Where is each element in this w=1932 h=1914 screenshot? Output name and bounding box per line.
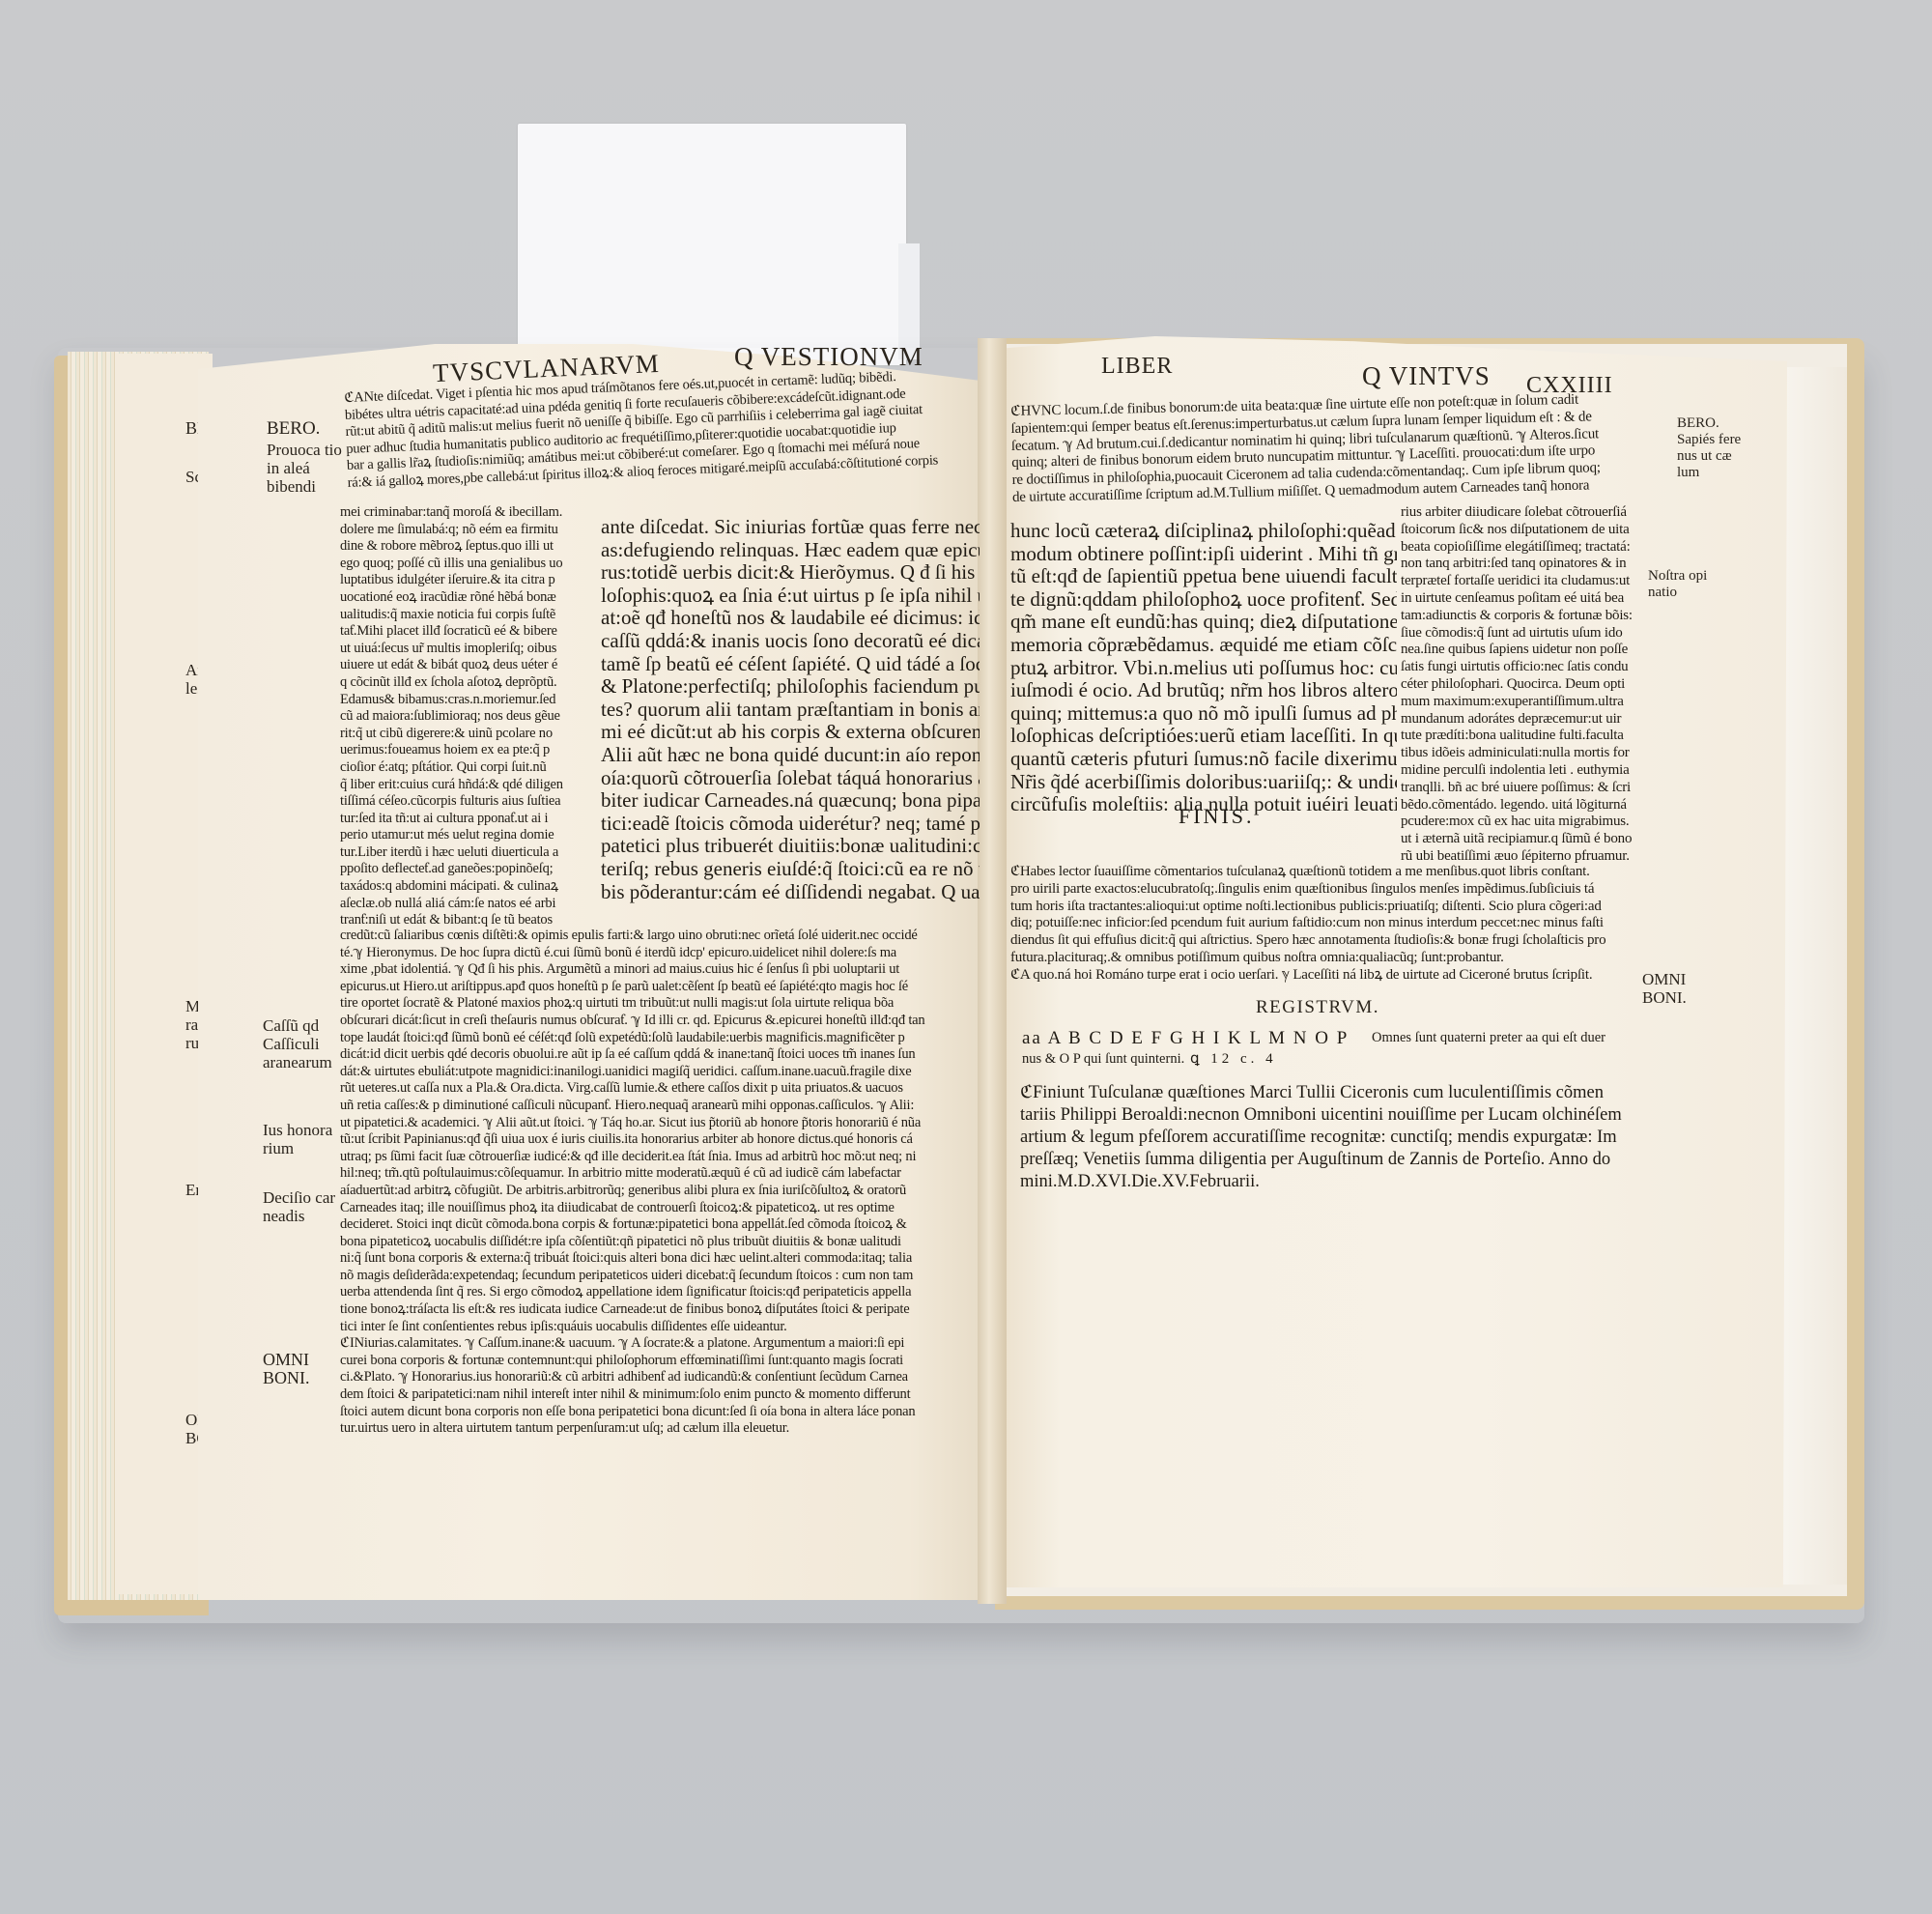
text-line: ℭA quo.ná hoi Románo turpe erat i ocio u… (1010, 967, 1648, 985)
text-line: q cõcinũt illđ ex ſchola aſotoꝝ deprõptũ… (340, 674, 593, 692)
finis-heading: FINIS. (1179, 804, 1255, 829)
margin-note-bero: BERO. (267, 419, 320, 438)
text-line: iuſmodi é ocio. Ad brutũq; nr̃m hos libr… (1010, 679, 1397, 702)
text-line: tes? quorum alii tantam præſtantiam in b… (601, 699, 980, 722)
text-line: tum horis iſta tractantes:alioqui:ut opt… (1010, 899, 1648, 916)
text-line: ℭHabes lector ſuauiſſime cõmentarios tuſ… (1010, 864, 1648, 881)
text-line: nea.ſine quibus ſapiens uidetur non poſſ… (1401, 642, 1642, 659)
text-line: ppoſito deflecteƭ.ad ganeões:popinõeſq; (340, 861, 593, 878)
text-line: quinq; mittemus:a quo nõ mõ ipulſi ſumus… (1010, 702, 1397, 726)
text-line: ſtoicorum ſic& nos diſputationem de uita (1401, 522, 1642, 539)
text-line: cioſior é:atq; pſtátior. Qui corpi ſuit.… (340, 759, 593, 777)
text-line: dine & robore mẽbroꝝ ſeptus.quo illi ut (340, 538, 593, 556)
text-line: uñ retia caſſes:& p diminutioné caſſicul… (340, 1098, 981, 1115)
text-line: teriſq; rebus generis eiuſdé:q̃ ſtoici:c… (601, 858, 980, 881)
text-line: ptuꝝ arbitror. Vbi.n.melius uti poſſumus… (1010, 657, 1397, 680)
margin-note-ius-honorarium: Ius honora rium (263, 1121, 340, 1157)
text-line: obſcurari dicát:ſicut in creſi theſauris… (340, 1013, 981, 1030)
book-gutter (978, 338, 1007, 1604)
right-commentary-top: ℭHVNC locum.ſ.de finibus bonorum:de uita… (1010, 390, 1669, 507)
text-line: memoria cõpræbẽdamus. æquidé me etiam cõ… (1010, 634, 1397, 657)
text-line: utraq; ps ſũmi facit ſuæ cõtrouerſiæ iud… (340, 1149, 981, 1166)
text-line: diendus ſit qui effuſius dicit:q̃ qui aſ… (1010, 932, 1648, 950)
text-line: rius arbiter diiudicare ſolebat cõtrouer… (1401, 504, 1642, 522)
text-line: mi eé dicũt:ut ab his corpis & externa o… (601, 721, 980, 744)
text-line: Edamus& bibamus:cras.n.moriemur.ſed (340, 692, 593, 709)
text-line: in uirtute cenſeamus poſitam eé uitá bea (1401, 590, 1642, 608)
text-line: preſſæq; Venetiis ſumma diligentia per A… (1020, 1149, 1658, 1171)
text-line: dem ſtoici & paripatetici:nam nihil inte… (340, 1386, 981, 1404)
text-line: tope laudát ſtoici:qđ ſũmũ bonũ eé céſét… (340, 1030, 981, 1047)
text-line: bona pipateticoꝝ uocabulis diſſidét:re i… (340, 1234, 981, 1251)
text-line: caſſũ qddá:& inanis uocis ſono decoratũ … (601, 630, 980, 653)
text-line: tamẽ ſp beatũ eé céſent ſapiété. Q uid t… (601, 653, 980, 676)
running-head-liber: LIBER (1101, 354, 1173, 380)
registrum-count: ꝗ 12 c. 4 (1190, 1049, 1277, 1068)
text-line: ni:q̃ ſunt bona corporis & externa:q̃ tr… (340, 1250, 981, 1268)
text-line: tur:ſed ita tñ:ut ai cultura pponaƭ.ut a… (340, 811, 593, 828)
text-line: tũ:ut ſcribit Papinianus:qđ q̃ſi uiua uo… (340, 1131, 981, 1149)
text-line: as:defugiendo relinquas. Hæc eadem quæ e… (601, 539, 980, 562)
left-main-text: ante diſcedat. Sic iniurias fortũæ quas … (601, 516, 980, 903)
margin-note-nostra-opinatio: Noſtra opi natio (1648, 568, 1716, 601)
text-line: aíaduertũt:ad arbitrꝝ cõfugiũt. De arbit… (340, 1183, 981, 1200)
text-line: Alii aũt hæc ne bona quidé ducunt:in aío… (601, 744, 980, 767)
text-line: pcudere:mox cũ ex hac uita migrabimus. (1401, 814, 1642, 831)
text-line: at:oẽ qđ honeſtũ nos & laudabile eé dici… (601, 607, 980, 630)
text-line: diq; potuiſſe:nec inficior:ſed pcendum f… (1010, 915, 1648, 932)
text-line: nõ magis deſiderãda:expetendaq; ſecundum… (340, 1268, 981, 1285)
text-line: te dignũ:qddam philoſophoꝝ uoce profiten… (1010, 588, 1397, 612)
text-line: tũ eſt:qđ de ſapientiũ ppetua bene uiuen… (1010, 565, 1397, 588)
right-main-text: hunc locũ cæteraꝝ diſciplinaꝝ philoſophi… (1010, 520, 1397, 816)
left-commentary-bottom: credũt:cũ ſaliaribus cœnis diſtẽti:& opi… (340, 928, 981, 1438)
text-line: tione bonoꝝ:tráſacta lis eſt:& res iudic… (340, 1301, 981, 1319)
registrum-signatures: aa A B C D E F G H I K L M N O P (1022, 1028, 1349, 1049)
text-line: hunc locũ cæteraꝝ diſciplinaꝝ philoſophi… (1010, 520, 1397, 543)
text-line: biter iudicar Carneades.ná quæcunq; bona… (601, 789, 980, 813)
text-line: rus:totidẽ uerbis dicit:& Hierõymus. Q đ… (601, 561, 980, 585)
text-line: uerimus:foueamus hoiem ex ea pte:q̃ p (340, 742, 593, 759)
text-line: pro uirili parte exactos:elucubratoſq;.ſ… (1010, 881, 1648, 899)
text-line: tranqlli. bñ ac bré uiuere poſſimus: & ſ… (1401, 780, 1642, 797)
text-line: tam:adiunctis & corporis & fortunæ bõis: (1401, 608, 1642, 625)
text-line: uerba attendenda ſint q̃ res. Si ergo cõ… (340, 1284, 981, 1301)
margin-note-omniboni-right: OMNI BONI. (1642, 970, 1700, 1007)
text-line: ualitudis:q̃ maxie noticia fui corpis ſu… (340, 607, 593, 624)
text-line: hil:neq; tm̃.qtũ poſtulauimus:cõſequamur… (340, 1165, 981, 1183)
text-line: dát:& uirtutes ebuliát:utpote magnidici:… (340, 1064, 981, 1081)
text-line: beata copioſiſſime elegátiſſimeq; tracta… (1401, 539, 1642, 557)
text-line: artium & legum pfeſſorem accuratiſſime r… (1020, 1127, 1658, 1149)
text-line: terpræteſ fortaſſe ueridici ita cludamus… (1401, 573, 1642, 590)
margin-note-bero-sapiens: BERO. Sapiés fere nus ut cæ lum (1677, 415, 1745, 481)
text-line: ℭFiniunt Tuſculanæ quæſtiones Marci Tull… (1020, 1082, 1658, 1104)
text-line: uiuere ut edát & bibát quoꝝ deus uéter é (340, 657, 593, 674)
colophon: ℭFiniunt Tuſculanæ quæſtiones Marci Tull… (1020, 1082, 1658, 1193)
text-line: q̃ liber erit:cuius curá hñdá:& qdé dili… (340, 777, 593, 794)
text-line: decideret. Stoici inqt dicũt cõmoda.bona… (340, 1216, 981, 1234)
margin-note-omniboni: OMNI BONI. (263, 1351, 321, 1387)
text-line: curei bona corporis & fortunæ contemnunt… (340, 1353, 981, 1370)
text-line: Carneades itaq; ille nouiſſimus phoꝝ ita… (340, 1200, 981, 1217)
text-line: & Platone:perfectiſq; philoſophis facien… (601, 675, 980, 699)
text-line: ut pipatetici.& academici. ℽ Alii aũt.ut… (340, 1115, 981, 1132)
text-line: cũ ad maiora:ſublimioraq; nos deus gẽue (340, 708, 593, 726)
text-line: Nr̃is q̃dé acerbiſſimis doloribus:uariiſ… (1010, 771, 1397, 794)
text-line: ut i æternã uitã recipiamur.q ſũmũ é bon… (1401, 831, 1642, 848)
text-line: ℭINiurias.calamitates. ℽ Caſſum.inane:& … (340, 1335, 981, 1353)
registrum-note-line1: Omnes ſunt quaterni preter aa qui eſt du… (1372, 1030, 1605, 1046)
text-line: rũt ueteres.ut caſſa nux a Pla.& Ora.dic… (340, 1080, 981, 1098)
text-line: qm̃ mane eſt eundũ:has quinq; dieꝝ diſpu… (1010, 611, 1397, 634)
text-line: futura.placituraq;.& omnibus potiſſimum … (1010, 950, 1648, 967)
right-colophon-note: ℭHabes lector ſuauiſſime cõmentarios tuſ… (1010, 864, 1648, 985)
text-line: ſiue cõmodis:q̃ ſunt ad uirtutis uſum id… (1401, 625, 1642, 643)
text-line: credũt:cũ ſaliaribus cœnis diſtẽti:& opi… (340, 928, 981, 945)
text-line: tici:eadẽ ſtoicis cõmoda uiderétur? neq;… (601, 813, 980, 836)
text-line: xime ,pbat idolentiá. ℽ Qđ ſi his phis. … (340, 961, 981, 979)
text-line: tibus idõeis adminiculati:nulla mortis f… (1401, 745, 1642, 762)
text-line: quantũ cæteris pfuturi ſumus:nõ facile d… (1010, 748, 1397, 771)
right-commentary-column: rius arbiter diiudicare ſolebat cõtrouer… (1401, 504, 1642, 866)
text-line: ci.&Plato. ℽ Honorarius.ius honorariũ:& … (340, 1369, 981, 1386)
text-line: dolere me ſimulabá:q; nõ eém ea firmitu (340, 522, 593, 539)
margin-note-cassum: Caſſũ qd Caſſiculi aranearum (263, 1016, 340, 1071)
registrum-heading: REGISTRVM. (1256, 997, 1379, 1018)
text-line: tire oportet ſocratẽ & Platoné maxios ph… (340, 995, 981, 1013)
fly-leaf (1779, 367, 1847, 1585)
text-line: uocationé eoꝝ iracũdiæ rõné hẽbá bonæ (340, 589, 593, 607)
text-line: aſeclæ.ob nullá aliá cám:ſe natos eé arb… (340, 896, 593, 913)
text-line: bẽdo.cõmentádo. legendo. uitá lõgiturná (1401, 797, 1642, 814)
text-line: non tanq arbitri:ſed tanq opinatores & i… (1401, 556, 1642, 573)
text-line: mei criminabar:tanq̃ moroſá & ibecillam. (340, 504, 593, 522)
text-line: rit:q̃ ut cibũ digerere:& uinũ pcolare n… (340, 726, 593, 743)
text-line: midine perculſi indolentia leti . euthym… (1401, 762, 1642, 780)
text-line: tute prædíti:bona ualitudine fulti.facul… (1401, 728, 1642, 745)
text-line: mini.M.D.XVI.Die.XV.Februarii. (1020, 1171, 1658, 1193)
paper-slip-bookmark (518, 124, 906, 365)
text-line: céter philoſophari. Quocirca. Deum opti (1401, 676, 1642, 694)
margin-note-decisio: Deciſio car neadis (263, 1188, 340, 1225)
text-line: té.ℽ Hieronymus. De hoc ſupra dictũ é.cu… (340, 945, 981, 962)
text-line: taƭ.Mihi placet illđ ſocraticũ eé & bibe… (340, 623, 593, 641)
text-line: ego quoq; poſſé cũ illis una genialibus … (340, 556, 593, 573)
text-line: tici inter ſe ſint conſentientes rebus i… (340, 1319, 981, 1336)
text-line: tiſſimá céſeo.cũcorpis fulturis aius ſuſ… (340, 793, 593, 811)
text-line: ſtoici autem dicunt bona corporis non eſ… (340, 1404, 981, 1421)
text-line: taxádos:q abdomini mácipati. & culinaꝝ (340, 878, 593, 896)
text-line: tur.uirtus uero in altera uirtutem tantu… (340, 1420, 981, 1438)
text-line: luptatibus idulgéter iſeruire.& ita citr… (340, 572, 593, 589)
text-line: tur.Liber iterdũ i hæc ueluti diuerticul… (340, 844, 593, 862)
text-line: modum obtinere poſſint:ipſi uiderint . M… (1010, 543, 1397, 566)
text-line: dicát:id dicit uerbis qdé decoris obuolu… (340, 1046, 981, 1064)
text-line: mum maximum:exuperantiſſimum.ultra (1401, 694, 1642, 711)
text-line: tariis Philippi Beroaldi:necnon Omniboni… (1020, 1104, 1658, 1127)
text-line: ante diſcedat. Sic iniurias fortũæ quas … (601, 516, 980, 539)
left-commentary-column: mei criminabar:tanq̃ moroſá & ibecillam.… (340, 504, 593, 929)
text-line: patetici plus tribuerét diuitiis:bonæ ua… (601, 835, 980, 858)
text-line: oía:quorũ cõtrouerſia ſolebat táquá hono… (601, 767, 980, 790)
text-line: loſophis:quoꝝ ea ſnia é:ut uirtus p ſe i… (601, 585, 980, 608)
text-line: mundanum adorátes depræcemur:ut uir (1401, 711, 1642, 728)
text-line: perio utamur:ut més uelut regina domie (340, 827, 593, 844)
text-line: ſatis fungi uirtutis officio:nec ſatis c… (1401, 659, 1642, 676)
margin-note-prouocatio: Prouoca tio in aleá bibendi (267, 441, 344, 496)
text-line: epicurus.ut Hiero.ut ariſtippus.apđ quos… (340, 979, 981, 996)
registrum-note-line2: nus & O P qui ſunt quinterni. (1022, 1051, 1184, 1068)
running-head-quintus: Q VINTVS (1362, 361, 1491, 391)
text-line: bis põderantur:cám eé diſſidendi negabat… (601, 881, 980, 904)
text-line: ut uiuá:ſecus ur̃ multis imopleriſq; oib… (340, 641, 593, 658)
running-head-right: Q VESTIONVM (734, 342, 923, 372)
text-line: loſophicas deſcriptióes:uerũ etiam laceſ… (1010, 725, 1397, 748)
